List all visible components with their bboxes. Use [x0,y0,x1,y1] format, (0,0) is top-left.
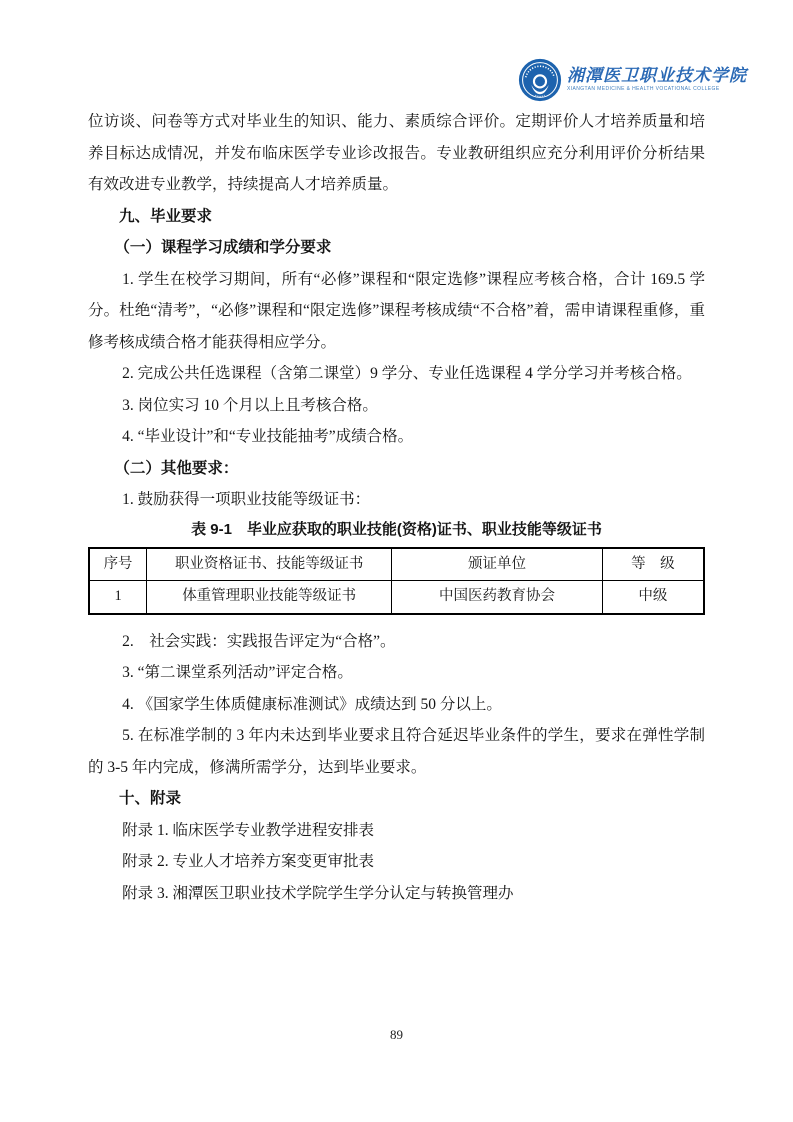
requirement-item-4: 4. “毕业设计”和“专业技能抽考”成绩合格。 [88,421,705,453]
college-emblem-icon [518,58,562,102]
other-requirement-item-2: 2. 社会实践：实践报告评定为“合格”。 [88,626,705,658]
table-header-cell-level: 等 级 [602,548,704,581]
table-row: 1 体重管理职业技能等级证书 中国医药教育协会 中级 [89,581,704,614]
other-requirement-item-1: 1. 鼓励获得一项职业技能等级证书： [88,484,705,516]
appendix-item-1: 附录 1. 临床医学专业教学进程安排表 [88,815,705,847]
college-name-english: XIANGTAN MEDICINE & HEALTH VOCATIONAL CO… [567,86,747,93]
table-cell-level: 中级 [602,581,704,614]
table-cell-index: 1 [89,581,147,614]
other-requirement-item-5: 5. 在标准学制的 3 年内未达到毕业要求且符合延迟毕业条件的学生，要求在弹性学… [88,720,705,783]
section-10-heading: 十、附录 [88,783,705,815]
table-header-cell-index: 序号 [89,548,147,581]
section-9-1-heading: （一）课程学习成绩和学分要求 [88,232,705,264]
requirement-item-1: 1. 学生在校学习期间，所有“必修”课程和“限定选修”课程应考核合格，合计 16… [88,264,705,359]
table-9-1-title: 表 9-1 毕业应获取的职业技能(资格)证书、职业技能等级证书 [88,516,705,542]
other-requirement-item-3: 3. “第二课堂系列活动”评定合格。 [88,657,705,689]
section-9-2-heading: （二）其他要求： [88,453,705,485]
table-header-row: 序号 职业资格证书、技能等级证书 颁证单位 等 级 [89,548,704,581]
table-cell-certificate: 体重管理职业技能等级证书 [147,581,392,614]
requirement-item-3: 3. 岗位实习 10 个月以上且考核合格。 [88,390,705,422]
appendix-item-3: 附录 3. 湘潭医卫职业技术学院学生学分认定与转换管理办 [88,878,705,910]
table-header-cell-certificate: 职业资格证书、技能等级证书 [147,548,392,581]
college-logo-text: 湘潭医卫职业技术学院 XIANGTAN MEDICINE & HEALTH VO… [567,67,747,93]
page-number: 89 [390,1027,403,1042]
requirement-item-2: 2. 完成公共任选课程（含第二课堂）9 学分、专业任选课程 4 学分学习并考核合… [88,358,705,390]
intro-paragraph: 位访谈、问卷等方式对毕业生的知识、能力、素质综合评价。定期评价人才培养质量和培养… [88,106,705,201]
college-name-chinese: 湘潭医卫职业技术学院 [567,67,747,86]
table-cell-issuer: 中国医药教育协会 [392,581,603,614]
document-page: 湘潭医卫职业技术学院 XIANGTAN MEDICINE & HEALTH VO… [0,0,793,1122]
page-header: 湘潭医卫职业技术学院 XIANGTAN MEDICINE & HEALTH VO… [0,56,793,106]
certificate-table: 序号 职业资格证书、技能等级证书 颁证单位 等 级 1 体重管理职业技能等级证书… [88,547,705,615]
document-body: 位访谈、问卷等方式对毕业生的知识、能力、素质综合评价。定期评价人才培养质量和培养… [88,106,705,909]
page-footer: 89 [0,1026,793,1044]
appendix-item-2: 附录 2. 专业人才培养方案变更审批表 [88,846,705,878]
college-logo: 湘潭医卫职业技术学院 XIANGTAN MEDICINE & HEALTH VO… [518,58,747,102]
table-header-cell-issuer: 颁证单位 [392,548,603,581]
section-9-heading: 九、毕业要求 [88,201,705,233]
other-requirement-item-4: 4. 《国家学生体质健康标准测试》成绩达到 50 分以上。 [88,689,705,721]
